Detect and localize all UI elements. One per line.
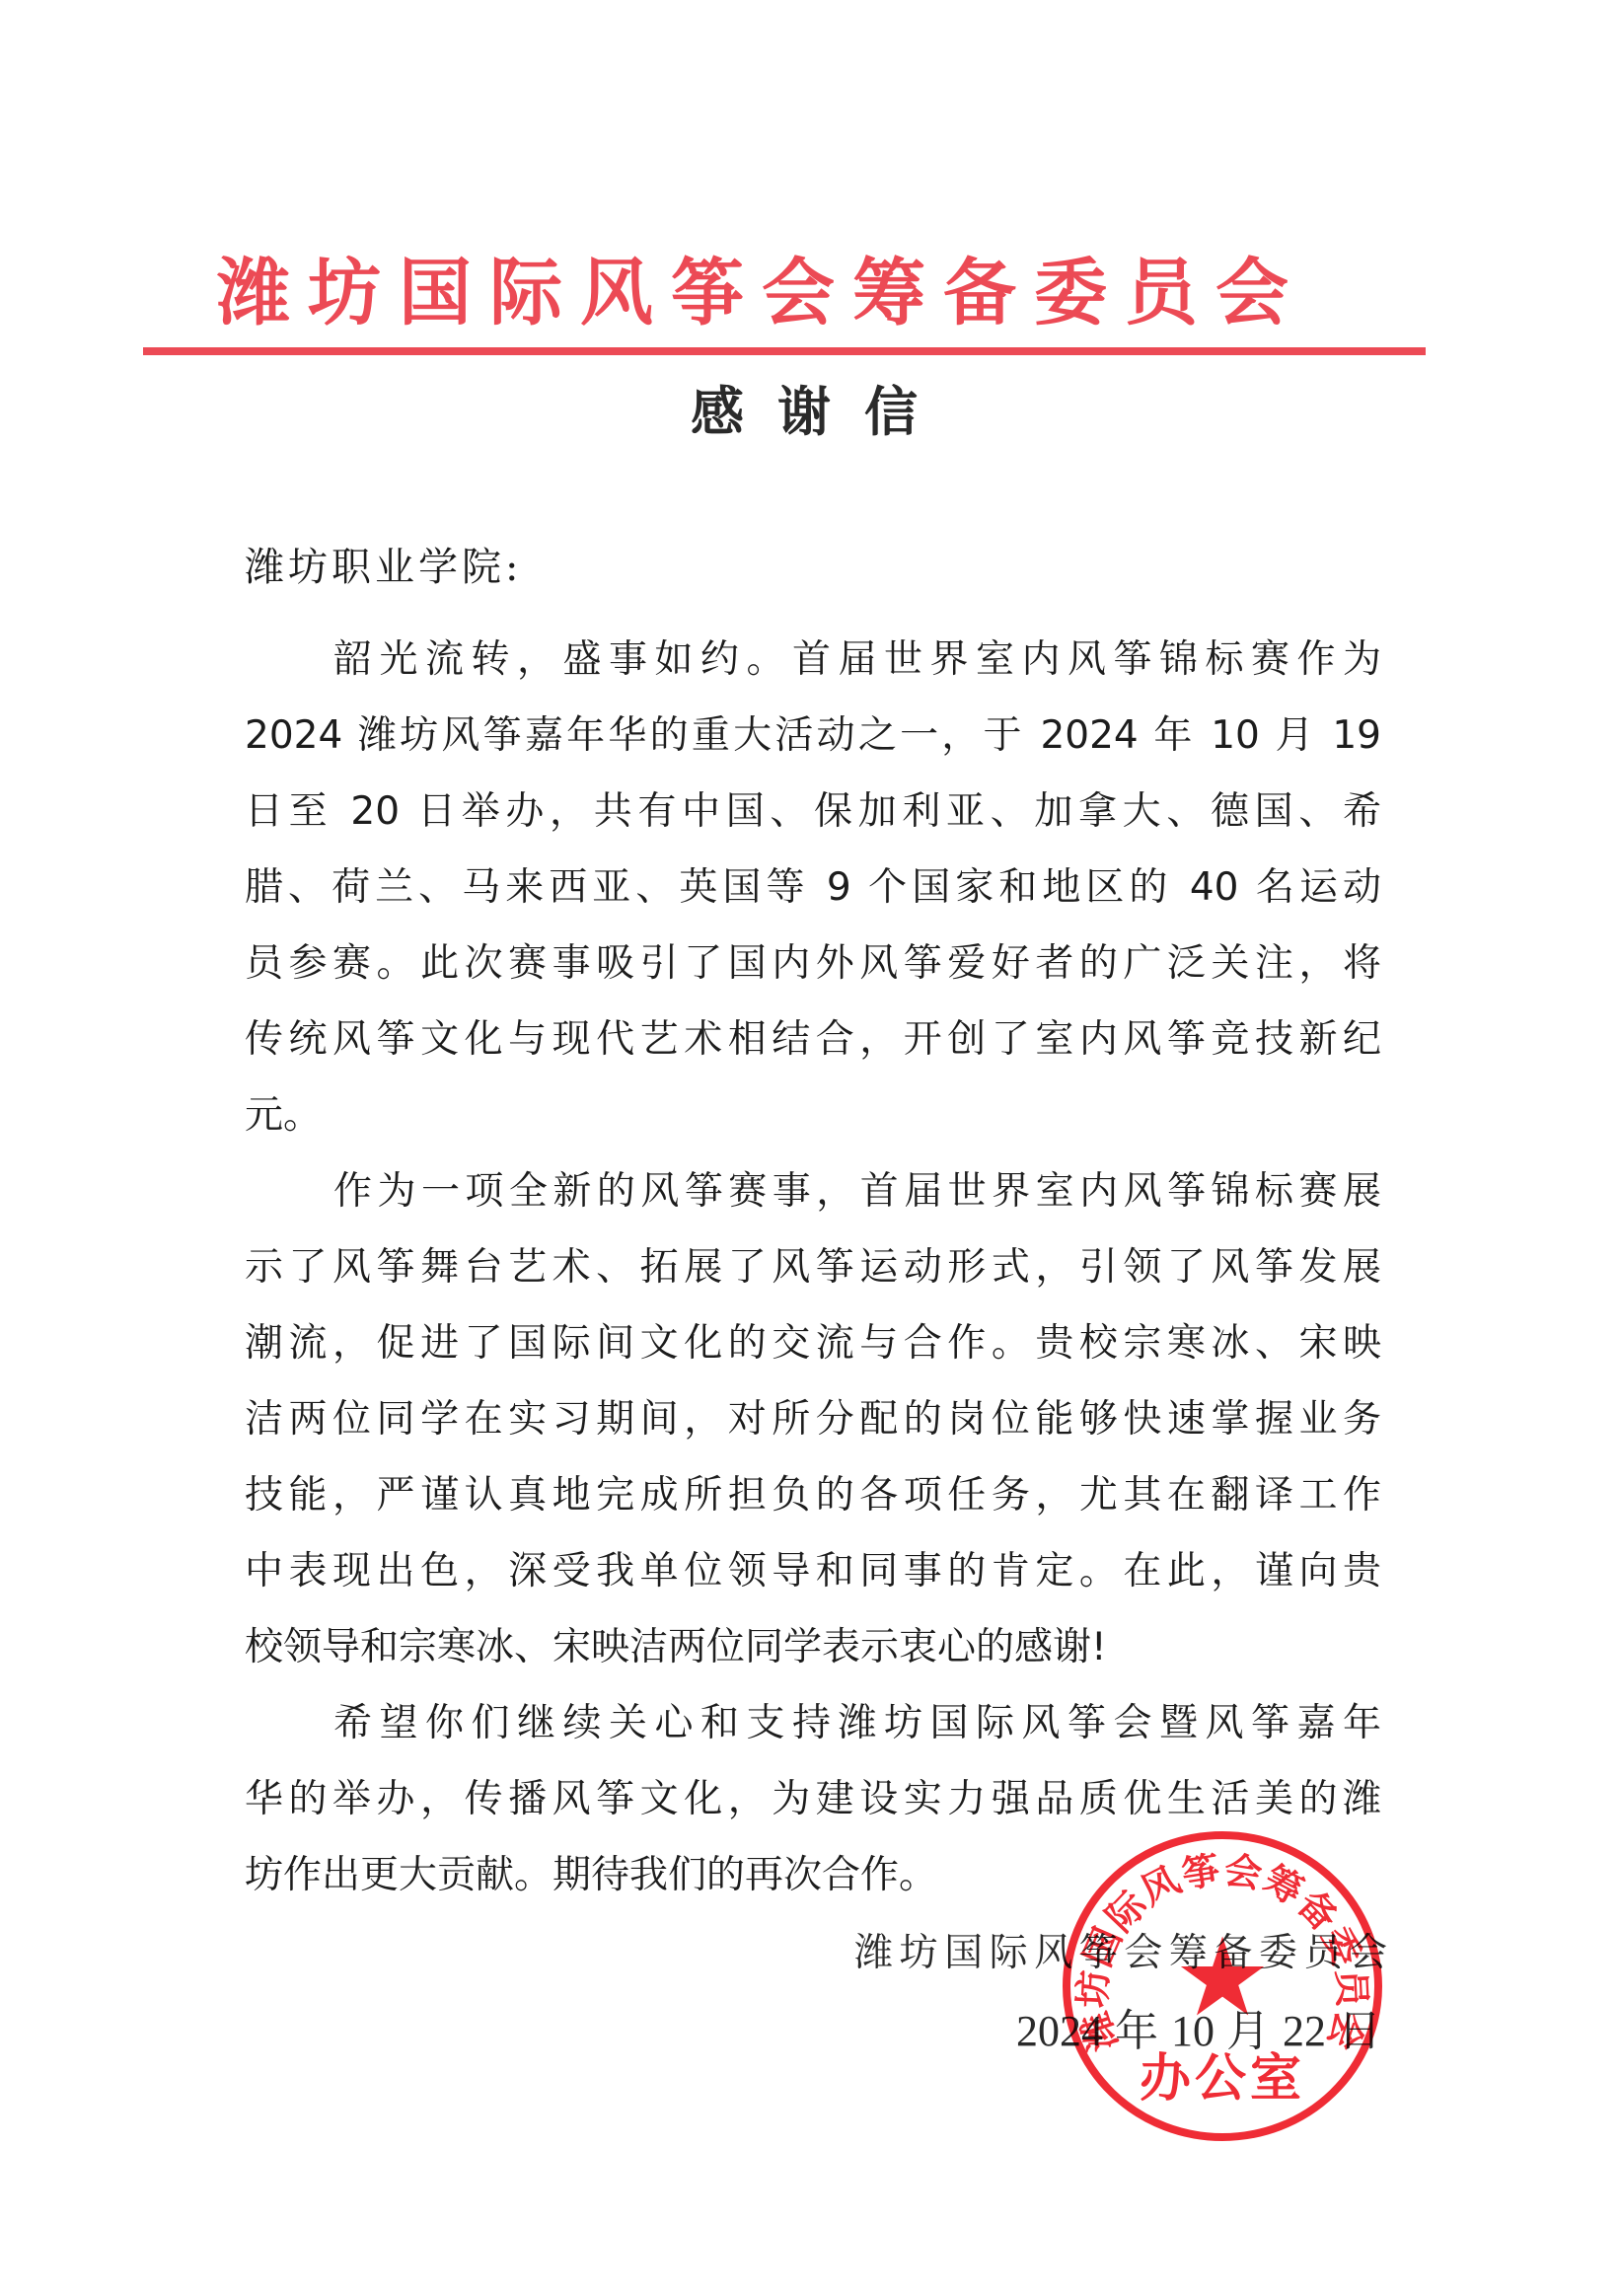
paragraph-2-line-6: 中表现出色，深受我单位领导和同事的肯定。在此，谨向贵 bbox=[245, 1533, 1381, 1609]
paragraph-1-line-6: 传统风筝文化与现代艺术相结合，开创了室内风筝竞技新纪 bbox=[245, 1001, 1381, 1077]
seal-bottom-text: 办公室 bbox=[1140, 2049, 1305, 2109]
paragraph-2-line-5: 技能，严谨认真地完成所担负的各项任务，尤其在翻译工作 bbox=[245, 1457, 1381, 1533]
paragraph-3-line-1: 希望你们继续关心和支持潍坊国际风筝会暨风筝嘉年 bbox=[245, 1685, 1381, 1761]
salutation: 潍坊职业学院: bbox=[245, 543, 522, 592]
paragraph-1-line-7: 元。 bbox=[245, 1077, 1381, 1153]
seal-star-icon: ★ bbox=[1174, 1914, 1272, 2040]
seal-graphic: 潍坊国际风筝会筹备委员会 ★ 办公室 bbox=[1059, 1827, 1386, 2145]
paragraph-1-line-2: 2024 潍坊风筝嘉年华的重大活动之一，于 2024 年 10 月 19 bbox=[245, 698, 1381, 774]
official-seal: 潍坊国际风筝会筹备委员会 ★ 办公室 bbox=[1059, 1827, 1386, 2145]
paragraph-1-line-5: 员参赛。此次赛事吸引了国内外风筝爱好者的广泛关注，将 bbox=[245, 926, 1381, 1001]
document-title: 感谢信 bbox=[691, 377, 947, 446]
paragraph-1-line-3: 日至 20 日举办，共有中国、保加利亚、加拿大、德国、希 bbox=[245, 774, 1381, 850]
paragraph-2-line-4: 洁两位同学在实习期间，对所分配的岗位能够快速掌握业务 bbox=[245, 1381, 1381, 1457]
paragraph-2-line-2: 示了风筝舞台艺术、拓展了风筝运动形式，引领了风筝发展 bbox=[245, 1229, 1381, 1305]
letter-body: 韶光流转，盛事如约。首届世界室内风筝锦标赛作为 2024 潍坊风筝嘉年华的重大活… bbox=[245, 622, 1389, 1913]
letterhead-organization: 潍坊国际风筝会筹备委员会 bbox=[217, 249, 1352, 337]
paragraph-2-line-1: 作为一项全新的风筝赛事，首届世界室内风筝锦标赛展 bbox=[245, 1153, 1381, 1229]
paragraph-1-line-4: 腊、荷兰、马来西亚、英国等 9 个国家和地区的 40 名运动 bbox=[245, 850, 1381, 926]
paragraph-2-line-3: 潮流，促进了国际间文化的交流与合作。贵校宗寒冰、宋映 bbox=[245, 1305, 1381, 1381]
paragraph-1-line-1: 韶光流转，盛事如约。首届世界室内风筝锦标赛作为 bbox=[245, 622, 1381, 698]
letter-page: 潍坊国际风筝会筹备委员会 感谢信 潍坊职业学院: 韶光流转，盛事如约。首届世界室… bbox=[0, 0, 1620, 2296]
paragraph-2-line-7: 校领导和宗寒冰、宋映洁两位同学表示衷心的感谢! bbox=[245, 1609, 1381, 1685]
paragraph-3-line-2: 华的举办，传播风筝文化，为建设实力强品质优生活美的潍 bbox=[245, 1761, 1381, 1837]
letterhead-red-rule bbox=[143, 347, 1426, 355]
